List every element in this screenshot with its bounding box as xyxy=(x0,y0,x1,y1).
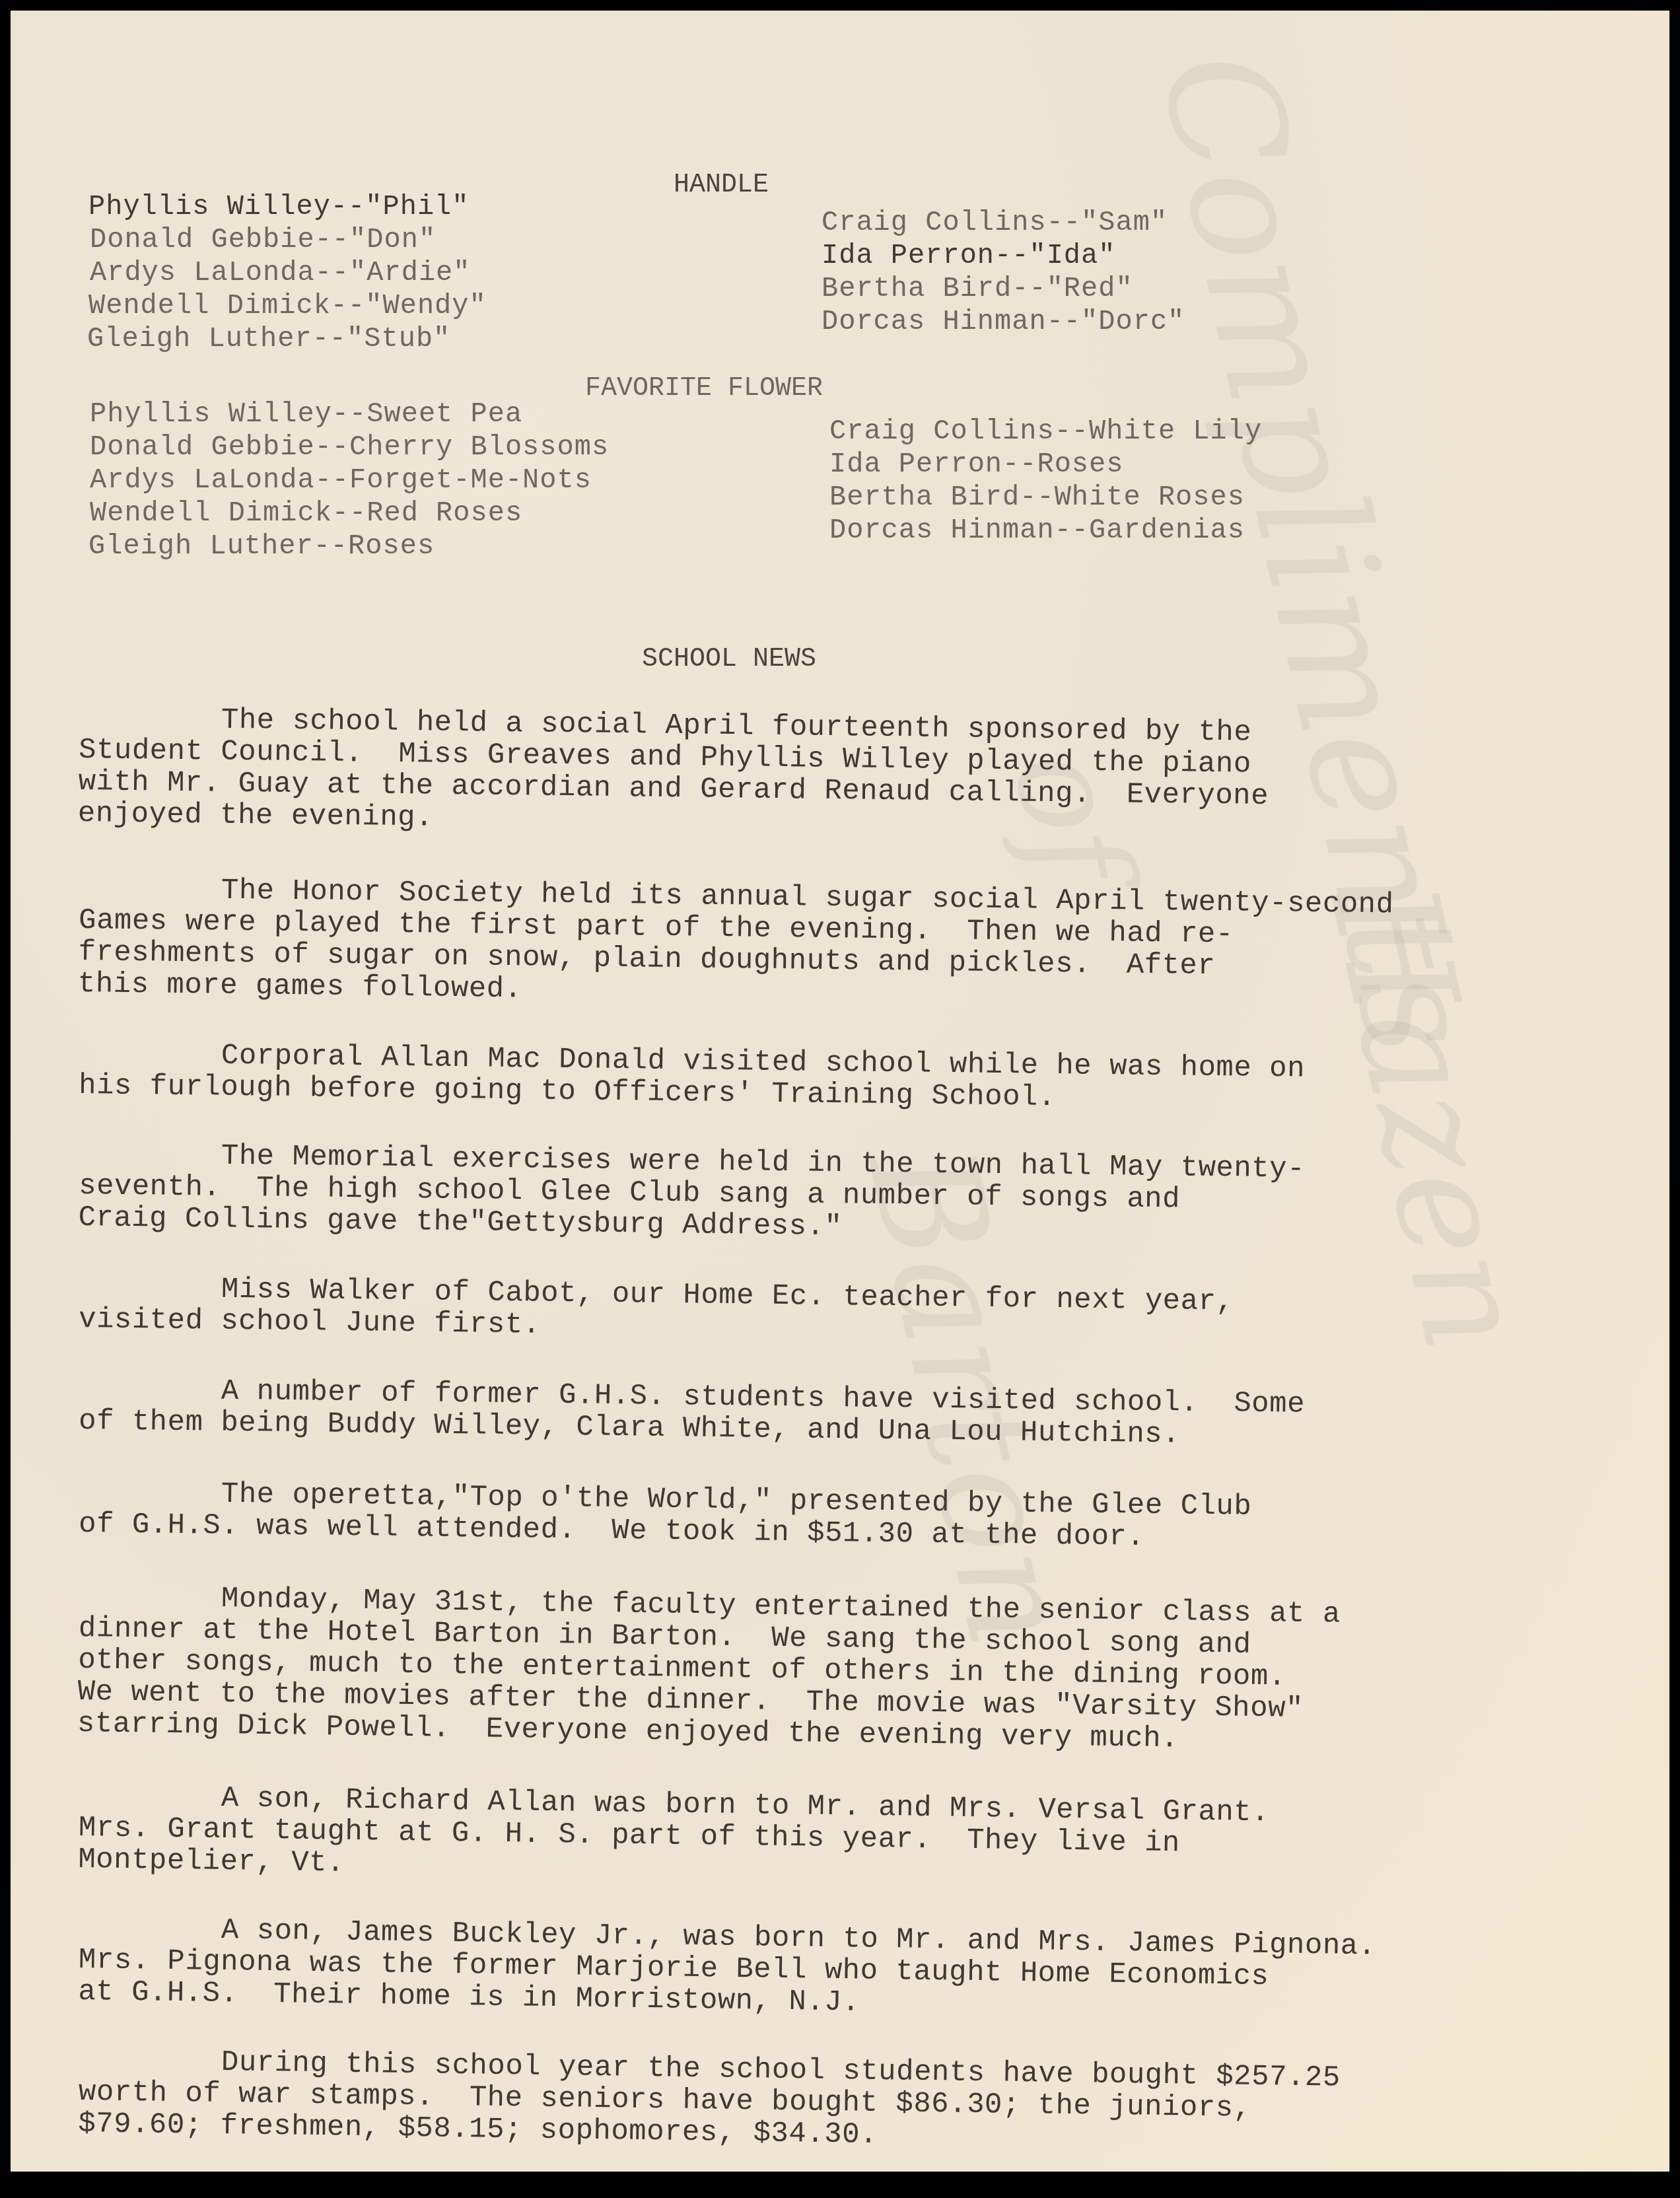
news-paragraph: Monday, May 31st, the faculty entertaine… xyxy=(77,1581,1499,1759)
news-paragraph: The Honor Society held its annual sugar … xyxy=(78,873,1499,1017)
news-paragraph: A number of former G.H.S. students have … xyxy=(79,1374,1499,1454)
news-paragraph: Miss Walker of Cabot, our Home Ec. teach… xyxy=(79,1272,1499,1353)
news-paragraph: A son, James Buckley Jr., was born to Mr… xyxy=(78,1913,1499,2028)
school-news-heading: SCHOOL NEWS xyxy=(642,643,816,676)
handle-item: Ida Perron--"Ida" xyxy=(822,239,1115,272)
flower-item: Donald Gebbie--Cherry Blossoms xyxy=(90,431,609,464)
document-page: Compliments of Hazen Barton HANDLE Phyll… xyxy=(11,11,1669,2172)
flower-item: Dorcas Hinman--Gardenias xyxy=(829,514,1245,547)
flower-item: Ida Perron--Roses xyxy=(829,448,1123,481)
news-paragraph: During this school year the school stude… xyxy=(78,2045,1499,2160)
handle-item: Wendell Dimick--"Wendy" xyxy=(88,289,487,322)
flower-item: Wendell Dimick--Red Roses xyxy=(90,497,522,530)
handle-item: Bertha Bird--"Red" xyxy=(822,272,1133,305)
news-paragraph: The school held a social April fourteent… xyxy=(78,703,1499,847)
news-paragraph: The Memorial exercises were held in the … xyxy=(78,1139,1499,1251)
news-paragraph: The operetta,"Top o'the World," presente… xyxy=(79,1477,1499,1557)
favorite-flower-heading: FAVORITE FLOWER xyxy=(585,372,823,406)
handle-item: Donald Gebbie--"Don" xyxy=(90,223,436,256)
flower-item: Craig Collins--White Lily xyxy=(829,415,1262,448)
handle-item: Craig Collins--"Sam" xyxy=(822,206,1168,239)
handle-item: Gleigh Luther--"Stub" xyxy=(87,322,450,355)
news-paragraph: A son, Richard Allan was born to Mr. and… xyxy=(78,1781,1499,1896)
handle-item: Ardys LaLonda--"Ardie" xyxy=(90,256,471,289)
flower-item: Phyllis Willey--Sweet Pea xyxy=(90,398,522,431)
handle-item: Phyllis Willey--"Phil" xyxy=(88,190,470,223)
handle-item: Dorcas Hinman--"Dorc" xyxy=(822,305,1185,338)
news-paragraph: Corporal Allan Mac Donald visited school… xyxy=(79,1038,1499,1119)
handle-heading: HANDLE xyxy=(674,169,769,202)
flower-item: Gleigh Luther--Roses xyxy=(88,530,435,563)
flower-item: Ardys LaLonda--Forget-Me-Nots xyxy=(90,464,592,497)
flower-item: Bertha Bird--White Roses xyxy=(829,481,1245,514)
